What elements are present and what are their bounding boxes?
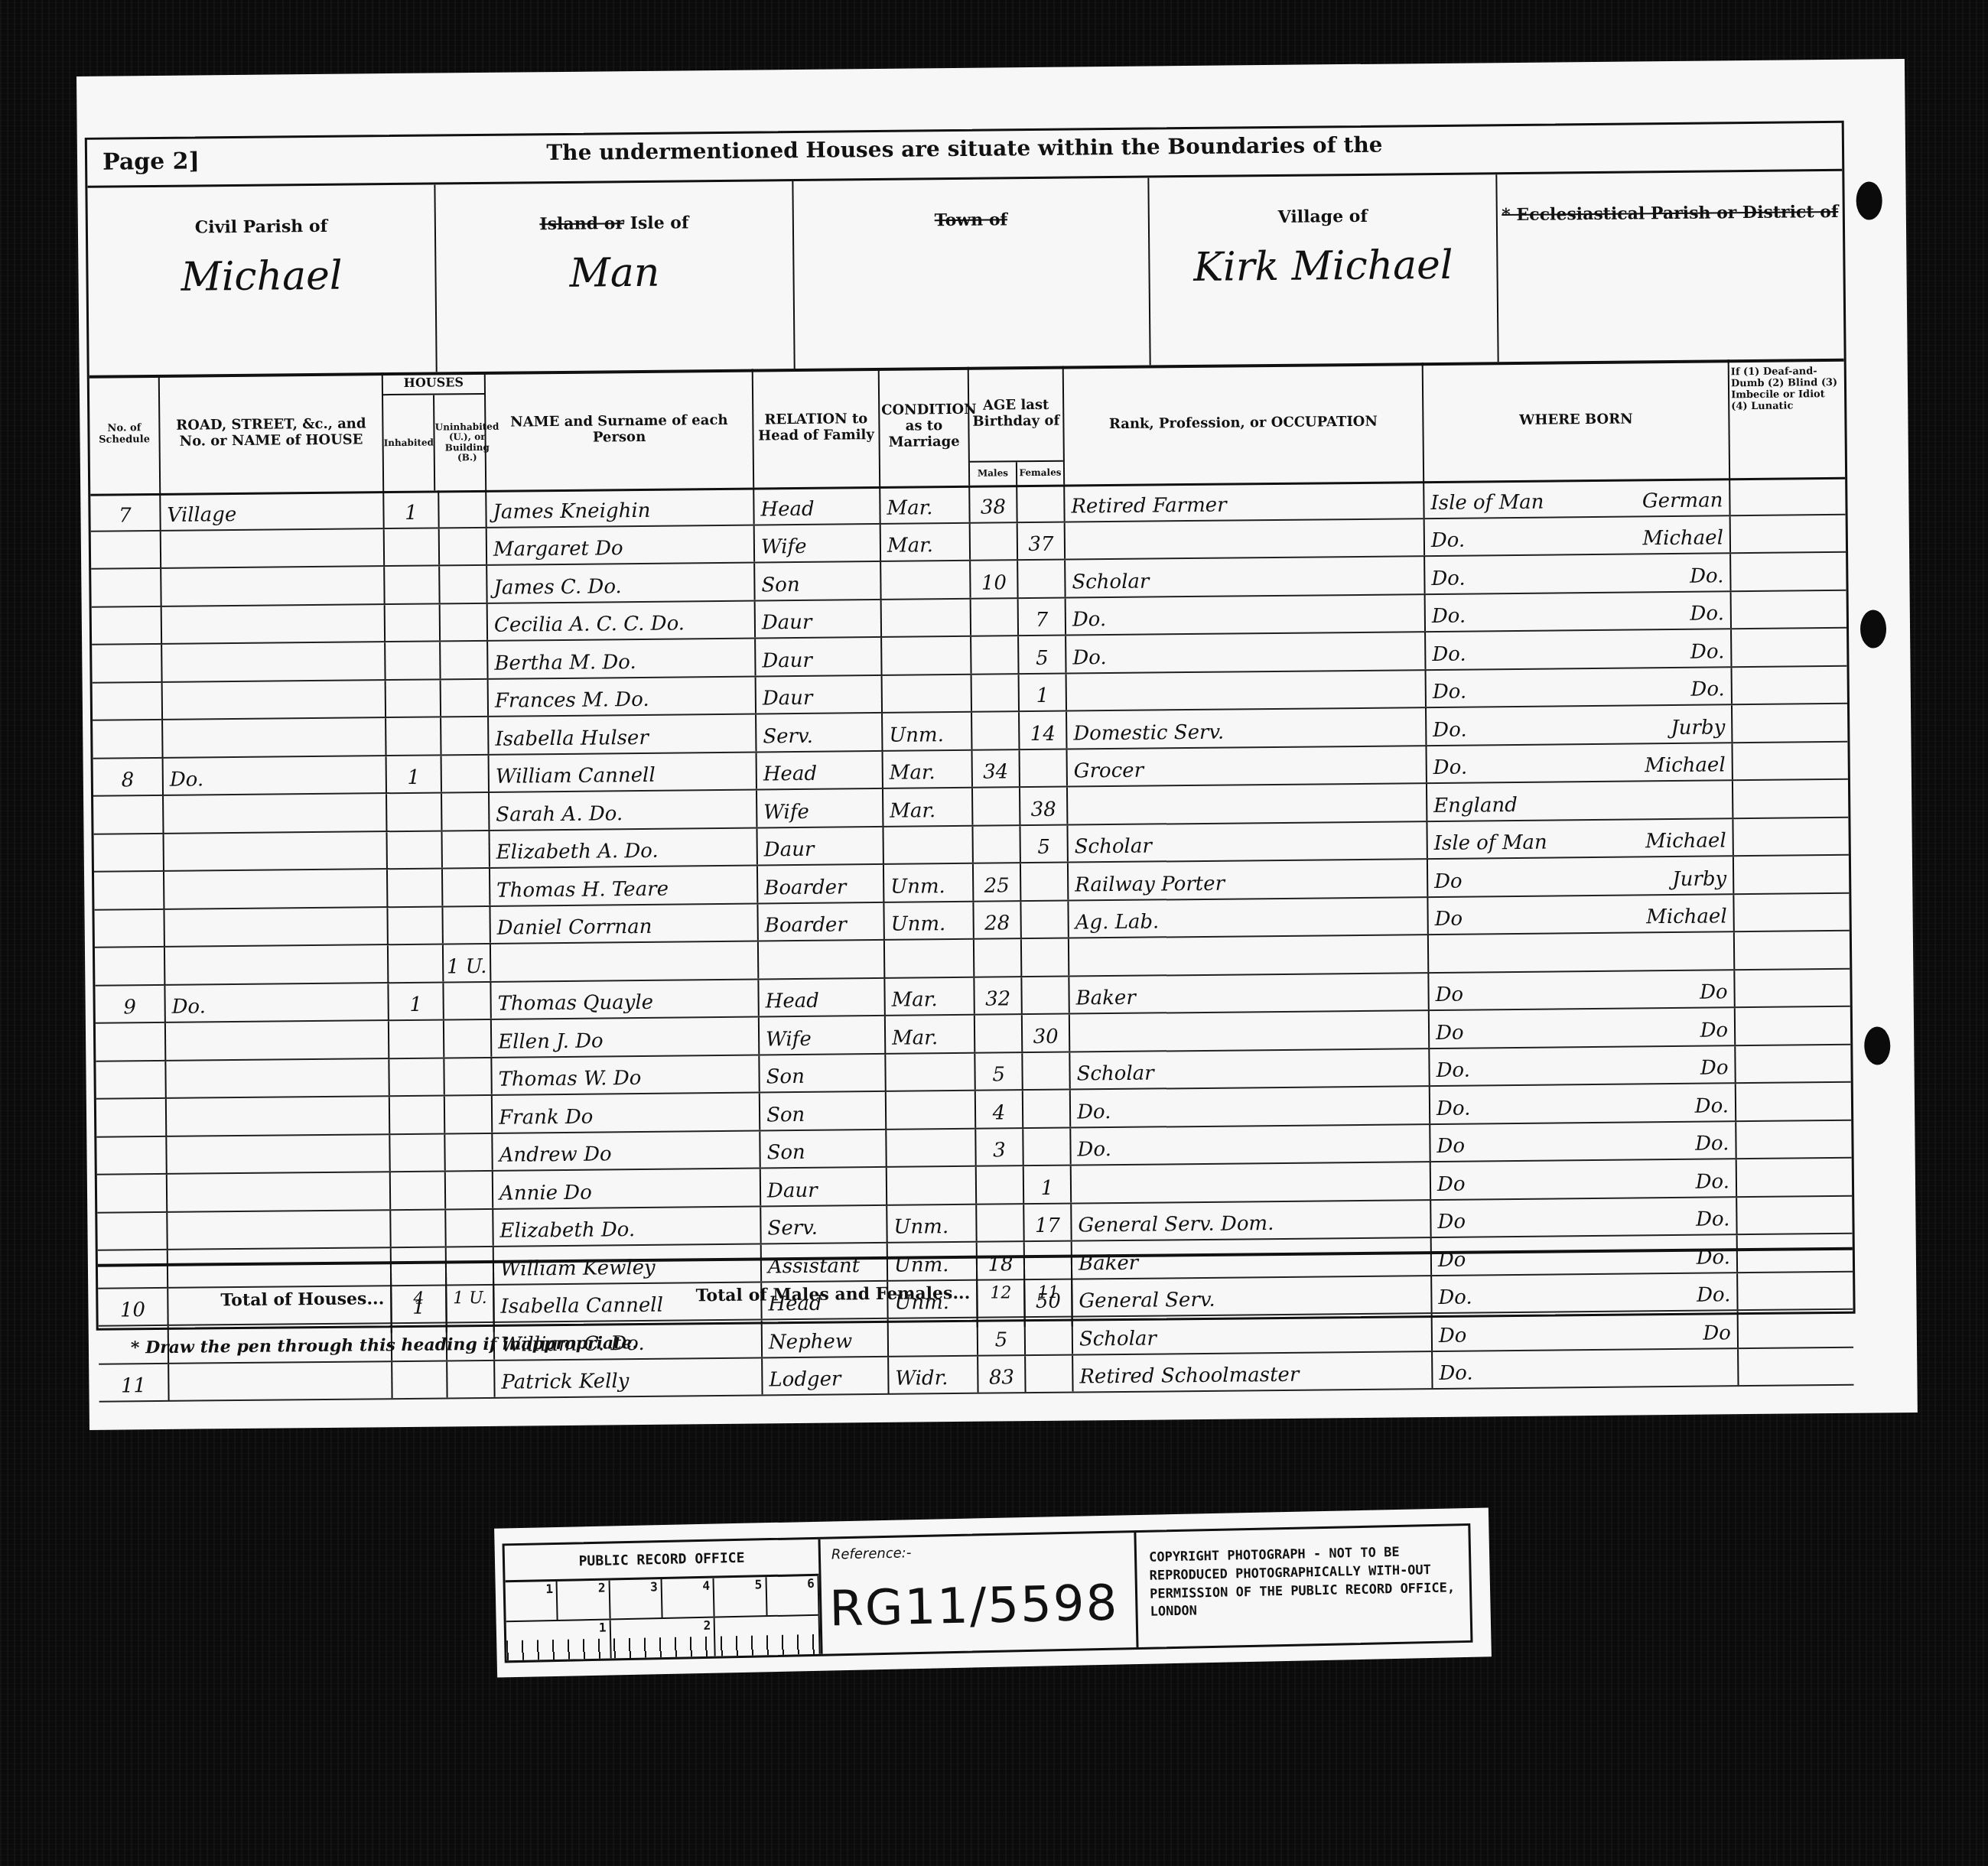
cm-scale: 1 2 3 4 5 6 bbox=[506, 1576, 820, 1623]
person-name: Annie Do bbox=[493, 1169, 761, 1208]
binding-hole bbox=[1856, 181, 1882, 219]
infirmity bbox=[1730, 477, 1845, 515]
condition bbox=[887, 1091, 976, 1129]
born-place: England bbox=[1433, 793, 1518, 817]
born-parish: Do. bbox=[1696, 1170, 1730, 1193]
age-male bbox=[975, 1015, 1023, 1052]
relation: Son bbox=[760, 1130, 887, 1167]
occupation: Do. bbox=[1071, 1087, 1430, 1126]
reference-label: Reference:- bbox=[831, 1545, 912, 1562]
column-headings: No. of Schedule ROAD, STREET, &c., and N… bbox=[89, 359, 1845, 496]
born-place: Isle of Man bbox=[1430, 490, 1544, 514]
relation: Head bbox=[757, 751, 883, 788]
infirmity bbox=[1736, 1083, 1851, 1120]
total-persons-label: Total of Males and Females... bbox=[494, 1259, 978, 1332]
age-male bbox=[973, 826, 1020, 863]
person-name bbox=[491, 941, 759, 980]
road-name bbox=[164, 908, 388, 946]
uninhabited-mark bbox=[441, 642, 488, 678]
public-record-office-slip: PUBLIC RECORD OFFICE 1 2 3 4 5 6 1 2 Ref… bbox=[494, 1507, 1492, 1677]
condition bbox=[883, 826, 973, 863]
schedule-number: 9 bbox=[95, 985, 165, 1022]
born-place: Do bbox=[1434, 870, 1463, 892]
infirmity bbox=[1733, 742, 1847, 779]
born-place: Do bbox=[1436, 1021, 1464, 1044]
born-place: Do bbox=[1437, 1135, 1465, 1158]
relation: Son bbox=[760, 1092, 887, 1130]
schedule-number bbox=[93, 682, 163, 719]
schedule-number bbox=[94, 909, 164, 946]
schedule-number bbox=[97, 1175, 168, 1211]
col-relation: RELATION to Head of Family bbox=[753, 368, 880, 488]
age-female bbox=[1018, 561, 1066, 597]
isle-cell: Island or Isle of Man bbox=[435, 181, 795, 372]
uninhabited-mark bbox=[443, 906, 490, 943]
born-parish: Jurby bbox=[1672, 867, 1726, 891]
where-born: England bbox=[1427, 781, 1733, 820]
relation: Boarder bbox=[758, 865, 884, 902]
schedule-number: 11 bbox=[99, 1364, 169, 1400]
where-born: Do.Do. bbox=[1426, 629, 1732, 668]
age-female bbox=[1023, 1128, 1071, 1165]
schedule-number bbox=[92, 606, 162, 643]
col-road: ROAD, STREET, &c., and No. or NAME of HO… bbox=[160, 372, 384, 493]
where-born bbox=[1429, 932, 1735, 971]
uninhabited-mark bbox=[441, 717, 489, 754]
person-name: Elizabeth Do. bbox=[493, 1207, 761, 1246]
born-parish: Do. bbox=[1695, 1132, 1729, 1155]
person-name: Isabella Hulser bbox=[489, 715, 756, 754]
relation bbox=[759, 941, 885, 978]
reference-box: Reference:- RG11/5598 bbox=[820, 1533, 1138, 1654]
total-uninhabited: 1 U. bbox=[447, 1263, 495, 1333]
total-houses-label: Total of Houses... bbox=[98, 1264, 392, 1336]
col-occupation: Rank, Profession, or OCCUPATION bbox=[1064, 362, 1424, 485]
relation: Daur bbox=[761, 1168, 887, 1205]
col-schedule: No. of Schedule bbox=[89, 375, 161, 494]
inhabited-mark bbox=[385, 566, 440, 603]
born-parish: Do. bbox=[1696, 1208, 1730, 1230]
where-born: Do.Do. bbox=[1427, 668, 1733, 707]
uninhabited-mark bbox=[447, 1360, 495, 1397]
inhabited-mark bbox=[391, 1172, 446, 1208]
occupation: Domestic Serv. bbox=[1067, 708, 1427, 748]
person-name: Sarah A. Do. bbox=[490, 790, 757, 829]
person-name: James Kneighin bbox=[486, 488, 754, 527]
infirmity bbox=[1734, 893, 1849, 931]
condition: Unm. bbox=[884, 864, 974, 902]
age-female bbox=[1026, 1355, 1073, 1392]
relation: Son bbox=[760, 1054, 886, 1091]
age-male: 34 bbox=[973, 750, 1020, 787]
road-name bbox=[162, 605, 386, 643]
relation: Wife bbox=[755, 524, 881, 561]
schedule-number: 7 bbox=[90, 493, 161, 530]
age-female bbox=[1021, 863, 1069, 900]
relation: Lodger bbox=[763, 1357, 889, 1394]
infirmity bbox=[1731, 515, 1846, 552]
uninhabited-mark bbox=[441, 679, 489, 716]
inhabited-mark bbox=[386, 642, 441, 678]
born-place: Do. bbox=[1431, 567, 1466, 590]
person-name: Cecilia A. C. C. Do. bbox=[488, 601, 756, 640]
occupation bbox=[1067, 671, 1427, 710]
occupation: Scholar bbox=[1068, 822, 1427, 862]
road-name bbox=[165, 945, 389, 983]
civil-parish-value: Michael bbox=[88, 252, 435, 301]
uninhabited-mark bbox=[442, 793, 490, 830]
born-place: Do. bbox=[1433, 756, 1468, 779]
relation: Wife bbox=[757, 789, 883, 827]
born-parish: Do. bbox=[1690, 678, 1725, 701]
schedule-number: 8 bbox=[93, 758, 164, 795]
total-inhabited: 4 bbox=[392, 1263, 447, 1333]
occupation bbox=[1070, 1011, 1430, 1051]
infirmity bbox=[1739, 1347, 1853, 1385]
road-name bbox=[168, 1172, 391, 1211]
inhabited-mark: 1 bbox=[387, 756, 442, 792]
condition: Mar. bbox=[885, 977, 974, 1015]
born-parish: Do. bbox=[1690, 564, 1724, 587]
infirmity bbox=[1736, 1045, 1850, 1082]
occupation: Do. bbox=[1066, 632, 1426, 672]
relation: Boarder bbox=[758, 902, 884, 940]
inhabited-mark: 1 bbox=[384, 490, 439, 527]
condition bbox=[886, 1053, 975, 1091]
where-born: Do.Do. bbox=[1430, 1084, 1736, 1123]
total-males: 12 bbox=[978, 1258, 1026, 1328]
born-parish: Michael bbox=[1646, 905, 1727, 928]
age-male bbox=[972, 712, 1020, 749]
infirmity bbox=[1737, 1159, 1852, 1196]
occupation: Railway Porter bbox=[1069, 860, 1428, 899]
where-born: DoDo bbox=[1429, 970, 1735, 1009]
infirmity bbox=[1735, 931, 1850, 969]
age-female bbox=[1022, 977, 1069, 1013]
road-name bbox=[162, 642, 386, 681]
where-born: Do.Jurby bbox=[1427, 705, 1733, 744]
born-place: Do. bbox=[1437, 1097, 1471, 1120]
infirmity bbox=[1732, 629, 1846, 666]
infirmity bbox=[1733, 818, 1848, 855]
isle-value: Man bbox=[436, 249, 793, 297]
uninhabited-mark bbox=[445, 1096, 493, 1133]
ecclesiastical-cell: * Ecclesiastical Parish or District of bbox=[1497, 171, 1843, 362]
occupation: General Serv. Dom. bbox=[1072, 1201, 1431, 1240]
village-value: Kirk Michael bbox=[1150, 242, 1497, 291]
born-place: Do bbox=[1435, 983, 1463, 1006]
road-name: Do. bbox=[165, 983, 389, 1022]
born-place: Do. bbox=[1436, 1059, 1470, 1082]
uninhabited-mark bbox=[445, 1133, 493, 1170]
where-born: DoDo. bbox=[1431, 1159, 1737, 1198]
road-name: Village bbox=[161, 491, 384, 529]
occupation: Scholar bbox=[1070, 1049, 1430, 1089]
road-name bbox=[167, 1097, 390, 1135]
occupation: Ag. Lab. bbox=[1069, 898, 1428, 938]
occupation: Retired Farmer bbox=[1065, 481, 1424, 521]
born-place: Do bbox=[1435, 908, 1463, 931]
born-place: Do. bbox=[1439, 1362, 1473, 1385]
person-name: James C. Do. bbox=[487, 564, 755, 603]
uninhabited-mark bbox=[444, 1020, 492, 1057]
age-female bbox=[1023, 1052, 1070, 1089]
inch-scale: 1 2 bbox=[506, 1616, 821, 1661]
col-name: NAME and Surname of each Person bbox=[486, 369, 754, 490]
inhabited-mark bbox=[389, 944, 444, 981]
relation: Daur bbox=[756, 675, 883, 713]
col-houses: HOUSES Inhabited Uninhabited (U.), or Bu… bbox=[383, 372, 486, 491]
condition: Widr. bbox=[889, 1356, 978, 1393]
age-female: 17 bbox=[1024, 1204, 1072, 1240]
road-name bbox=[164, 794, 387, 832]
road-name bbox=[166, 1059, 389, 1097]
reference-value: RG11/5598 bbox=[829, 1575, 1119, 1638]
person-name: Elizabeth A. Do. bbox=[490, 828, 757, 867]
age-female: 1 bbox=[1024, 1166, 1072, 1203]
person-name: Thomas W. Do bbox=[492, 1055, 760, 1094]
occupation: Retired Schoolmaster bbox=[1073, 1352, 1433, 1392]
census-page: Page 2] The undermentioned Houses are si… bbox=[76, 59, 1918, 1430]
age-female: 5 bbox=[1019, 636, 1066, 673]
born-place: Do. bbox=[1432, 605, 1466, 628]
uninhabited-mark bbox=[439, 490, 486, 527]
infirmity bbox=[1737, 1196, 1852, 1234]
road-name bbox=[163, 681, 386, 719]
inhabited-mark bbox=[388, 907, 443, 944]
where-born: DoMichael bbox=[1428, 895, 1734, 934]
occupation: Baker bbox=[1069, 974, 1429, 1013]
age-male bbox=[971, 636, 1019, 673]
age-male: 25 bbox=[974, 863, 1021, 900]
born-parish: Do bbox=[1700, 1019, 1728, 1042]
relation: Daur bbox=[756, 638, 882, 675]
occupation: Do. bbox=[1066, 595, 1426, 635]
relation: Daur bbox=[757, 827, 883, 864]
road-name bbox=[161, 529, 385, 567]
total-females: 11 bbox=[1025, 1258, 1073, 1328]
condition bbox=[882, 599, 971, 636]
person-name: Bertha M. Do. bbox=[488, 639, 756, 678]
where-born: Do.Michael bbox=[1425, 516, 1731, 555]
condition: Unm. bbox=[883, 713, 972, 750]
road-name bbox=[167, 1135, 390, 1173]
relation: Serv. bbox=[756, 714, 883, 751]
infirmity bbox=[1733, 704, 1847, 742]
condition: Mar. bbox=[881, 523, 971, 561]
person-name: Daniel Corrnan bbox=[490, 904, 758, 943]
born-parish: Do bbox=[1700, 980, 1728, 1003]
occupation bbox=[1069, 935, 1429, 975]
uninhabited-mark bbox=[441, 603, 488, 640]
where-born: DoJurby bbox=[1428, 857, 1734, 896]
where-born: DoDo bbox=[1430, 1008, 1736, 1047]
age-male: 28 bbox=[974, 902, 1021, 938]
age-female: 7 bbox=[1019, 598, 1066, 635]
col-infirmity: If (1) Deaf-and-Dumb (2) Blind (3) Imbec… bbox=[1729, 359, 1845, 478]
schedule-number bbox=[96, 1099, 167, 1136]
occupation bbox=[1068, 784, 1427, 824]
infirmity bbox=[1733, 780, 1848, 818]
born-place: Do. bbox=[1432, 642, 1466, 665]
civil-parish-cell: Civil Parish of Michael bbox=[87, 185, 437, 375]
relation: Son bbox=[755, 562, 881, 600]
age-female: 37 bbox=[1018, 522, 1066, 559]
schedule-number bbox=[94, 834, 164, 870]
age-male: 38 bbox=[970, 485, 1017, 522]
schedule-number bbox=[94, 872, 164, 909]
office-label: PUBLIC RECORD OFFICE bbox=[505, 1539, 819, 1583]
col-age: AGE last Birthday of Males Females bbox=[969, 366, 1065, 486]
born-parish: Do bbox=[1700, 1056, 1729, 1079]
condition bbox=[881, 561, 971, 599]
age-male bbox=[974, 939, 1022, 976]
uninhabited-mark: 1 U. bbox=[444, 944, 491, 981]
person-name: Patrick Kelly bbox=[495, 1358, 763, 1397]
condition: Mar. bbox=[883, 788, 973, 826]
inhabited-mark: 1 bbox=[389, 983, 444, 1019]
inhabited-mark bbox=[387, 831, 442, 868]
condition: Mar. bbox=[886, 1016, 975, 1053]
age-male: 83 bbox=[978, 1356, 1026, 1393]
uninhabited-mark bbox=[443, 869, 490, 905]
condition bbox=[885, 940, 974, 977]
inhabited-mark bbox=[392, 1361, 447, 1398]
born-place: Do bbox=[1437, 1172, 1466, 1195]
inhabited-mark bbox=[391, 1210, 446, 1247]
copyright-notice: COPYRIGHT PHOTOGRAPH - NOT TO BE REPRODU… bbox=[1136, 1526, 1470, 1647]
born-parish: German bbox=[1642, 489, 1723, 512]
road-name bbox=[164, 870, 388, 908]
infirmity bbox=[1733, 666, 1847, 704]
col-where-born: WHERE BORN bbox=[1423, 359, 1730, 481]
infirmity bbox=[1732, 590, 1846, 628]
condition bbox=[887, 1129, 976, 1166]
schedule-number bbox=[96, 1023, 166, 1060]
age-female: 14 bbox=[1020, 712, 1067, 749]
inhabited-mark bbox=[389, 1020, 444, 1057]
age-male bbox=[972, 675, 1020, 711]
age-male: 10 bbox=[971, 561, 1018, 597]
road-name bbox=[164, 832, 388, 870]
infirmity bbox=[1734, 856, 1849, 893]
age-male bbox=[977, 1166, 1024, 1203]
person-name: Ellen J. Do bbox=[492, 1017, 760, 1056]
uninhabited-mark bbox=[442, 831, 490, 867]
where-born: Isle of ManMichael bbox=[1427, 819, 1733, 858]
uninhabited-mark bbox=[444, 982, 491, 1019]
inhabited-mark bbox=[390, 1096, 445, 1133]
born-place: Do. bbox=[1433, 718, 1467, 741]
form-title: The undermentioned Houses are situate wi… bbox=[87, 128, 1842, 170]
age-female bbox=[1022, 939, 1069, 976]
condition: Unm. bbox=[884, 902, 974, 939]
person-name: William Cannell bbox=[490, 753, 757, 792]
schedule-number bbox=[97, 1212, 168, 1249]
born-parish: Michael bbox=[1642, 526, 1723, 550]
born-parish: Do. bbox=[1695, 1094, 1729, 1117]
age-male bbox=[977, 1204, 1024, 1241]
occupation: Scholar bbox=[1066, 557, 1425, 597]
road-name bbox=[161, 567, 385, 605]
relation: Serv. bbox=[761, 1205, 887, 1243]
census-form: Page 2] The undermentioned Houses are si… bbox=[85, 121, 1856, 1331]
born-place: Isle of Man bbox=[1434, 831, 1547, 855]
age-male bbox=[971, 523, 1018, 560]
binding-hole bbox=[1860, 610, 1886, 648]
road-name bbox=[169, 1362, 392, 1400]
where-born: Do. bbox=[1433, 1349, 1739, 1388]
age-male bbox=[973, 788, 1020, 824]
schedule-number bbox=[96, 1061, 166, 1097]
where-born: Do.Michael bbox=[1427, 743, 1733, 782]
age-male: 4 bbox=[976, 1091, 1023, 1127]
scale-ruler: PUBLIC RECORD OFFICE 1 2 3 4 5 6 1 2 bbox=[505, 1539, 823, 1661]
age-male: 3 bbox=[976, 1129, 1023, 1165]
uninhabited-mark bbox=[446, 1172, 493, 1208]
uninhabited-mark bbox=[444, 1058, 492, 1094]
age-male: 32 bbox=[974, 977, 1022, 1014]
inhabited-mark bbox=[385, 528, 440, 565]
born-parish: Do. bbox=[1690, 640, 1725, 663]
age-female: 30 bbox=[1023, 1015, 1070, 1052]
person-name: Thomas H. Teare bbox=[490, 866, 758, 905]
born-parish: Jurby bbox=[1671, 716, 1725, 740]
condition bbox=[883, 675, 972, 712]
condition: Unm. bbox=[887, 1204, 977, 1242]
village-cell: Village of Kirk Michael bbox=[1149, 174, 1498, 365]
where-born: Do.Do bbox=[1430, 1046, 1736, 1085]
road-name: Do. bbox=[164, 756, 387, 795]
born-place: Do bbox=[1437, 1211, 1466, 1234]
age-female bbox=[1020, 749, 1068, 786]
infirmity bbox=[1736, 1007, 1850, 1045]
schedule-number bbox=[93, 796, 164, 833]
age-female: 5 bbox=[1020, 825, 1068, 862]
schedule-number bbox=[92, 645, 162, 681]
relation: Wife bbox=[760, 1016, 886, 1054]
relation: Head bbox=[754, 486, 880, 524]
age-male: 5 bbox=[975, 1053, 1023, 1090]
born-parish: Do. bbox=[1690, 602, 1724, 625]
relation: Daur bbox=[756, 600, 882, 637]
where-born: DoDo. bbox=[1431, 1198, 1737, 1237]
occupation: Grocer bbox=[1068, 746, 1427, 786]
born-place: Do bbox=[1439, 1324, 1467, 1347]
road-name bbox=[166, 1021, 389, 1059]
person-name: Thomas Quayle bbox=[491, 980, 759, 1019]
infirmity bbox=[1731, 553, 1846, 590]
where-born: Do.Do. bbox=[1426, 592, 1732, 631]
inhabited-mark bbox=[389, 1058, 444, 1095]
age-female bbox=[1017, 485, 1065, 522]
town-cell: Town of bbox=[793, 178, 1150, 369]
infirmity bbox=[1736, 1120, 1851, 1158]
binding-hole bbox=[1864, 1026, 1890, 1065]
where-born: DoDo. bbox=[1430, 1122, 1736, 1161]
where-born: Do.Do. bbox=[1425, 554, 1731, 593]
occupation: Do. bbox=[1071, 1125, 1430, 1165]
person-name: Frank Do bbox=[493, 1093, 760, 1132]
uninhabited-mark bbox=[440, 566, 487, 603]
occupation bbox=[1072, 1162, 1431, 1202]
age-female: 38 bbox=[1020, 788, 1068, 824]
inhabited-mark bbox=[388, 869, 443, 905]
condition: Mar. bbox=[880, 486, 970, 523]
age-female: 1 bbox=[1020, 674, 1067, 710]
occupation bbox=[1066, 519, 1425, 559]
age-female bbox=[1023, 1091, 1071, 1127]
